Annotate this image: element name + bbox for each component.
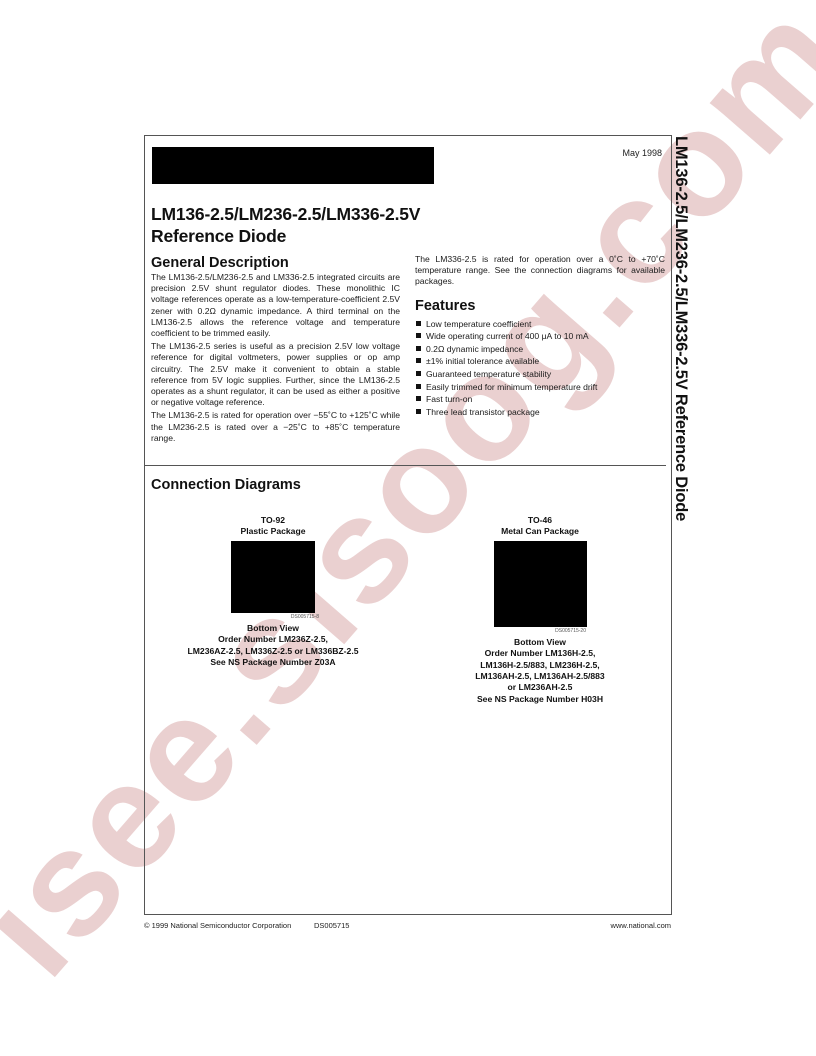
description-paragraph: The LM336-2.5 is rated for operation ove… [415, 254, 665, 288]
publication-date: May 1998 [580, 148, 662, 158]
section-divider [145, 465, 666, 466]
square-bullet-icon [416, 358, 421, 363]
square-bullet-icon [416, 384, 421, 389]
side-title: LM136-2.5/LM236-2.5/LM336-2.5V Reference… [671, 136, 690, 521]
feature-item: Guaranteed temperature stability [415, 368, 665, 381]
footer-url[interactable]: www.national.com [560, 921, 671, 930]
package-diagram-image [231, 541, 315, 613]
package-to92: TO-92 Plastic Package DS005715-8 Bottom … [173, 515, 373, 668]
package-type: Metal Can Package [440, 526, 640, 537]
description-paragraph: The LM136-2.5/LM236-2.5 and LM336-2.5 in… [151, 272, 400, 339]
description-paragraph: The LM136-2.5 is rated for operation ove… [151, 410, 400, 444]
title-line-2: Reference Diode [151, 225, 551, 247]
package-to46: TO-46 Metal Can Package DS005715-20 Bott… [440, 515, 640, 705]
feature-item: Easily trimmed for minimum temperature d… [415, 381, 665, 394]
features-heading: Features [415, 297, 665, 315]
description-paragraph: The LM136-2.5 series is useful as a prec… [151, 341, 400, 408]
package-name: TO-46 [440, 515, 640, 526]
package-type: Plastic Package [173, 526, 373, 537]
document-title: LM136-2.5/LM236-2.5/LM336-2.5V Reference… [151, 203, 551, 247]
footer-doc-number: DS005715 [314, 921, 349, 930]
feature-item: Three lead transistor package [415, 406, 665, 419]
figure-id: DS005715-8 [173, 613, 319, 621]
square-bullet-icon [416, 321, 421, 326]
feature-item: Fast turn-on [415, 393, 665, 406]
title-line-1: LM136-2.5/LM236-2.5/LM336-2.5V [151, 203, 551, 225]
square-bullet-icon [416, 346, 421, 351]
logo-redacted-bar [152, 147, 434, 184]
square-bullet-icon [416, 396, 421, 401]
figure-id: DS005715-20 [440, 627, 586, 635]
feature-item: ±1% initial tolerance available [415, 355, 665, 368]
features-list: Low temperature coefficient Wide operati… [415, 318, 665, 419]
footer-copyright: © 1999 National Semiconductor Corporatio… [144, 921, 291, 930]
square-bullet-icon [416, 333, 421, 338]
package-caption: Bottom View Order Number LM136H-2.5, LM1… [440, 637, 640, 705]
right-column: The LM336-2.5 is rated for operation ove… [415, 254, 665, 418]
package-diagram-image [494, 541, 587, 627]
feature-item: 0.2Ω dynamic impedance [415, 343, 665, 356]
square-bullet-icon [416, 371, 421, 376]
feature-item: Low temperature coefficient [415, 318, 665, 331]
feature-item: Wide operating current of 400 μA to 10 m… [415, 330, 665, 343]
package-name: TO-92 [173, 515, 373, 526]
connection-diagrams-heading: Connection Diagrams [151, 476, 301, 494]
general-description-section: General Description The LM136-2.5/LM236-… [151, 254, 400, 446]
general-description-heading: General Description [151, 254, 400, 272]
square-bullet-icon [416, 409, 421, 414]
package-caption: Bottom View Order Number LM236Z-2.5, LM2… [173, 623, 373, 669]
